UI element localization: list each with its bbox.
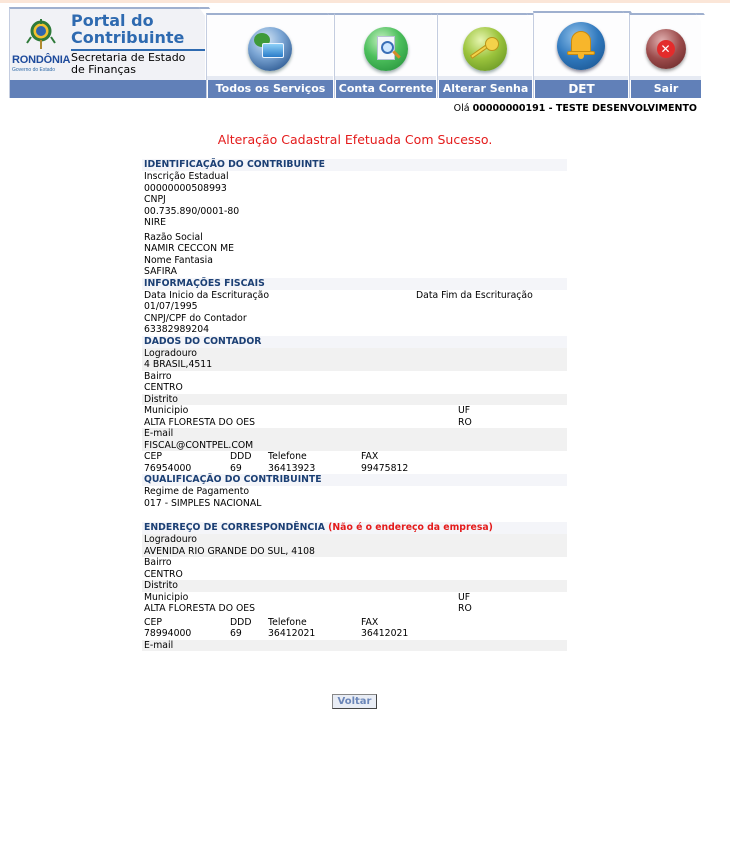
section-qualificacao-title: QUALIFICAÇÃO DO CONTRIBUINTE (142, 474, 567, 486)
tab-label: Todos os Serviços (207, 80, 333, 98)
field-bairro: Bairro CENTRO (142, 557, 567, 580)
state-name: RONDÔNIA (12, 54, 70, 66)
field-municipio: Municipio UF ALTA FLORESTA DO OES RO (142, 592, 567, 615)
field-municipio: Municipio UF ALTA FLORESTA DO OES RO (142, 405, 567, 428)
field-logradouro: Logradouro 4 BRASIL,4511 (142, 348, 567, 371)
field-value-row: 76954000 69 36413923 99475812 (144, 463, 567, 475)
portal-title: Portal do Contribuinte (71, 12, 184, 46)
field-nire: NIRE (142, 217, 567, 232)
field-email: E-mail (142, 640, 567, 652)
field-value: 78994000 (144, 628, 191, 639)
success-message: Alteração Cadastral Efetuada Com Sucesso… (0, 132, 710, 147)
field-value: 69 (230, 463, 242, 475)
logo-bar (10, 80, 206, 98)
portal-title-line1: Portal do (71, 12, 184, 29)
field-value: AVENIDA RIO GRANDE DO SUL, 4108 (144, 546, 567, 558)
field-email: E-mail FISCAL@CONTPEL.COM (142, 428, 567, 451)
field-value: SAFIRA (144, 266, 567, 278)
tab-label: Conta Corrente (335, 80, 436, 98)
field-value-row: 78994000 69 36412021 36412021 (144, 628, 567, 640)
field-label: Telefone (268, 617, 307, 629)
exit-icon: ✕ (646, 29, 686, 69)
field-label: Logradouro (144, 348, 567, 360)
field-distrito: Distrito (142, 580, 567, 592)
field-value: 69 (230, 628, 242, 640)
field-value: RO (458, 417, 472, 429)
portal-title-line2: Contribuinte (71, 29, 184, 46)
field-label: DDD (230, 617, 251, 629)
correspondencia-warning: (Não é o endereço da empresa) (328, 522, 493, 533)
cadastro-form: IDENTIFICAÇÃO DO CONTRIBUINTE Inscrição … (142, 159, 567, 651)
field-value: CENTRO (144, 569, 567, 581)
tab-conta-corrente[interactable]: Conta Corrente (334, 13, 436, 98)
field-nome-fantasia: Nome Fantasia SAFIRA (142, 255, 567, 278)
document-search-icon (364, 27, 408, 71)
field-value-row: ALTA FLORESTA DO OES RO (144, 603, 567, 615)
field-value: NAMIR CECCON ME (144, 243, 567, 255)
portal-header: RONDÔNIA Governo do Estado Portal do Con… (9, 7, 701, 98)
field-label: Inscrição Estadual (144, 171, 567, 183)
field-value: RO (458, 603, 472, 615)
field-label: UF (458, 592, 470, 604)
field-value: 01/07/1995 (144, 301, 198, 312)
field-label-row: CEP DDD Telefone FAX (144, 617, 567, 629)
greeting-prefix: Olá (454, 103, 470, 114)
user-greeting: Olá 00000000191 - TESTE DESENVOLVIMENTO (454, 103, 697, 114)
field-distrito: Distrito (142, 394, 567, 406)
field-value: 00.735.890/0001-80 (144, 206, 567, 218)
field-value: 36412021 (361, 628, 408, 640)
field-label: Logradouro (144, 534, 567, 546)
field-label: CNPJ (144, 194, 567, 206)
field-label: FAX (361, 451, 378, 463)
section-contador-title: DADOS DO CONTADOR (142, 336, 567, 348)
field-value: 99475812 (361, 463, 408, 475)
field-razao-social: Razão Social NAMIR CECCON ME (142, 232, 567, 255)
field-label: E-mail (144, 640, 567, 652)
field-value: 4 BRASIL,4511 (144, 359, 567, 371)
field-label: Data Fim da Escrituração (416, 290, 533, 302)
field-label-row: Municipio UF (144, 405, 567, 417)
tab-label: Sair (630, 80, 701, 98)
field-label: Distrito (144, 394, 567, 406)
field-label: CNPJ/CPF do Contador (144, 313, 567, 325)
field-value: 36412021 (268, 628, 315, 640)
field-value: 00000000508993 (144, 183, 567, 195)
field-label: UF (458, 405, 470, 417)
field-label: CEP (144, 451, 162, 462)
field-value: CENTRO (144, 382, 567, 394)
field-label: FAX (361, 617, 378, 629)
state-emblem-icon (26, 17, 56, 51)
field-label: Distrito (144, 580, 567, 592)
field-contato: CEP DDD Telefone FAX 76954000 69 3641392… (142, 451, 567, 474)
secretaria-name: Secretaria de Estado de Finanças (71, 52, 185, 76)
field-label: Regime de Pagamento (144, 486, 567, 498)
field-inscricao: Inscrição Estadual 00000000508993 (142, 171, 567, 194)
field-label: Bairro (144, 557, 567, 569)
field-value: 76954000 (144, 463, 191, 474)
field-escrituracao: Data Inicio da Escrituração Data Fim da … (142, 290, 567, 313)
field-label: Data Inicio da Escrituração (144, 290, 269, 301)
portal-logo[interactable]: RONDÔNIA Governo do Estado Portal do Con… (9, 7, 205, 98)
section-identificacao-title: IDENTIFICAÇÃO DO CONTRIBUINTE (142, 159, 567, 171)
bell-icon (557, 22, 605, 70)
tab-sair[interactable]: ✕ Sair (629, 13, 701, 98)
field-contador-doc: CNPJ/CPF do Contador 63382989204 (142, 313, 567, 336)
state-subtitle: Governo do Estado (12, 67, 55, 73)
top-border (0, 0, 730, 3)
field-label: CEP (144, 617, 162, 628)
field-label: Razão Social (144, 232, 567, 244)
field-value: FISCAL@CONTPEL.COM (144, 440, 567, 452)
field-label: Telefone (268, 451, 307, 463)
field-value: ALTA FLORESTA DO OES (144, 603, 255, 614)
field-label: Nome Fantasia (144, 255, 567, 267)
field-label: Municipio (144, 592, 188, 603)
tab-det[interactable]: DET (533, 11, 628, 98)
field-value-row: 01/07/1995 (144, 301, 567, 313)
field-cnpj: CNPJ 00.735.890/0001-80 (142, 194, 567, 217)
field-bairro: Bairro CENTRO (142, 371, 567, 394)
field-value-row: ALTA FLORESTA DO OES RO (144, 417, 567, 429)
field-regime: Regime de Pagamento 017 - SIMPLES NACION… (142, 486, 567, 509)
tab-label: Alterar Senha (438, 80, 532, 98)
field-contato: CEP DDD Telefone FAX 78994000 69 3641202… (142, 617, 567, 640)
field-value: 36413923 (268, 463, 315, 475)
field-logradouro: Logradouro AVENIDA RIO GRANDE DO SUL, 41… (142, 534, 567, 557)
section-correspondencia-title: ENDEREÇO DE CORRESPONDÊNCIA (Não é o end… (142, 522, 567, 534)
field-label: NIRE (144, 217, 567, 229)
key-icon (463, 27, 507, 71)
field-label: DDD (230, 451, 251, 463)
tab-fold (695, 13, 710, 23)
field-label-row: Municipio UF (144, 592, 567, 604)
voltar-button[interactable]: Voltar (332, 694, 377, 709)
field-value: 63382989204 (144, 324, 567, 336)
greeting-user: 00000000191 - TESTE DESENVOLVIMENTO (473, 103, 697, 114)
field-label-row: Data Inicio da Escrituração Data Fim da … (144, 290, 567, 302)
tab-todos-servicos[interactable]: Todos os Serviços (206, 13, 333, 98)
field-label-row: CEP DDD Telefone FAX (144, 451, 567, 463)
field-value: 017 - SIMPLES NACIONAL (144, 498, 567, 510)
tab-alterar-senha[interactable]: Alterar Senha (437, 13, 532, 98)
field-value: ALTA FLORESTA DO OES (144, 417, 255, 428)
spacer (142, 509, 567, 522)
field-label: Municipio (144, 405, 188, 416)
globe-monitor-icon (248, 27, 292, 71)
tab-label: DET (534, 80, 628, 98)
field-label: E-mail (144, 428, 567, 440)
section-fiscais-title: INFORMAÇÕES FISCAIS (142, 278, 567, 290)
section-title-text: ENDEREÇO DE CORRESPONDÊNCIA (144, 522, 325, 533)
field-label: Bairro (144, 371, 567, 383)
secretaria-line2: de Finanças (71, 64, 185, 76)
